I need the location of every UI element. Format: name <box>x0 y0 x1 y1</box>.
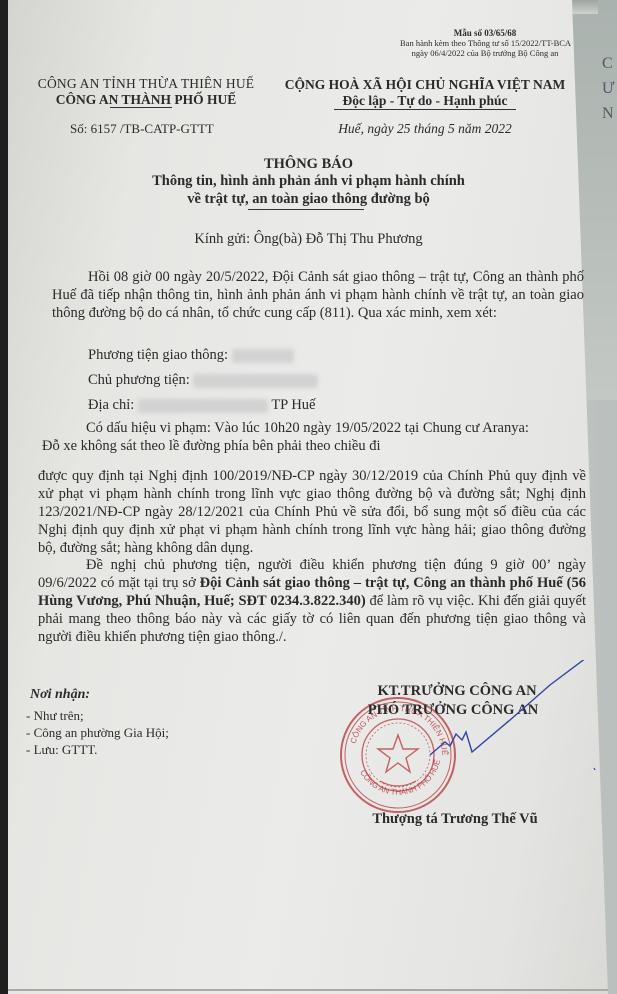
vehicle-redacted <box>232 349 294 363</box>
field-vehicle: Phương tiện giao thông: <box>88 347 294 364</box>
field-owner: Chủ phương tiện: <box>88 372 318 389</box>
handwritten-signature-icon <box>400 660 600 770</box>
country-name: CỘNG HOÀ XÃ HỘI CHỦ NGHĨA VIỆT NAM <box>280 77 570 93</box>
legal-basis: được quy định tại Nghị định 100/2019/NĐ-… <box>38 467 586 557</box>
paragraph-intro: Hồi 08 giờ 00 ngày 20/5/2022, Đội Cảnh s… <box>52 268 584 322</box>
form-header: Mẫu số 03/65/68 Ban hành kèm theo Thông … <box>400 28 570 58</box>
request-paragraph: Đề nghị chủ phương tiện, người điều khiể… <box>38 556 586 646</box>
owner-redacted <box>193 374 318 388</box>
national-motto: Độc lập - Tự do - Hạnh phúc <box>280 93 570 109</box>
vehicle-label: Phương tiện giao thông: <box>88 347 228 363</box>
recipients-heading: Nơi nhận: <box>30 687 90 703</box>
form-number: Mẫu số 03/65/68 <box>454 28 517 38</box>
agency-underline <box>110 107 172 108</box>
form-issued-with: Ban hành kèm theo Thông tư số 15/2022/TT… <box>400 38 571 48</box>
address-label: Địa chỉ: <box>88 397 134 413</box>
notice-subtitle-2: về trật tự, an toàn giao thông đường bộ <box>0 191 617 208</box>
field-address: Địa chỉ: TP Huế <box>88 397 315 414</box>
owner-label: Chủ phương tiện: <box>88 372 190 388</box>
notice-subtitle-1: Thông tin, hình ảnh phản ánh vi phạm hàn… <box>0 173 617 190</box>
recipient-item: - Như trên; <box>26 708 84 724</box>
document-number: Số: 6157 /TB-CATP-GTTT <box>70 121 214 137</box>
signer-name: Thượng tá Trương Thế Vũ <box>340 811 570 828</box>
violation-detail: Đỗ xe không sát theo lề đường phía bên p… <box>42 438 380 455</box>
recipient-item: - Lưu: GTTT. <box>26 742 97 758</box>
page-fold <box>8 989 608 991</box>
agency-parent: CÔNG AN TỈNH THỪA THIÊN HUẾ <box>36 76 256 92</box>
address-redacted <box>138 399 268 413</box>
place-date: Huế, ngày 25 tháng 5 năm 2022 <box>280 121 570 137</box>
form-issued-date: ngày 06/4/2022 của Bộ trưởng Bộ Công an <box>412 48 559 58</box>
motto-underline <box>334 109 516 110</box>
intro-text: Hồi 08 giờ 00 ngày 20/5/2022, Đội Cảnh s… <box>52 269 584 321</box>
violation-line: Có dấu hiệu vi phạm: Vào lúc 10h20 ngày … <box>86 420 529 437</box>
notice-title: THÔNG BÁO <box>0 156 617 173</box>
agency-name: CÔNG AN THÀNH PHỐ HUẾ <box>36 92 256 108</box>
recipient-item: - Công an phường Gia Hội; <box>26 725 169 741</box>
subtitle-underline <box>248 209 364 210</box>
address-suffix: TP Huế <box>271 397 315 413</box>
recipient-line: Kính gửi: Ông(bà) Đỗ Thị Thu Phương <box>0 231 617 248</box>
